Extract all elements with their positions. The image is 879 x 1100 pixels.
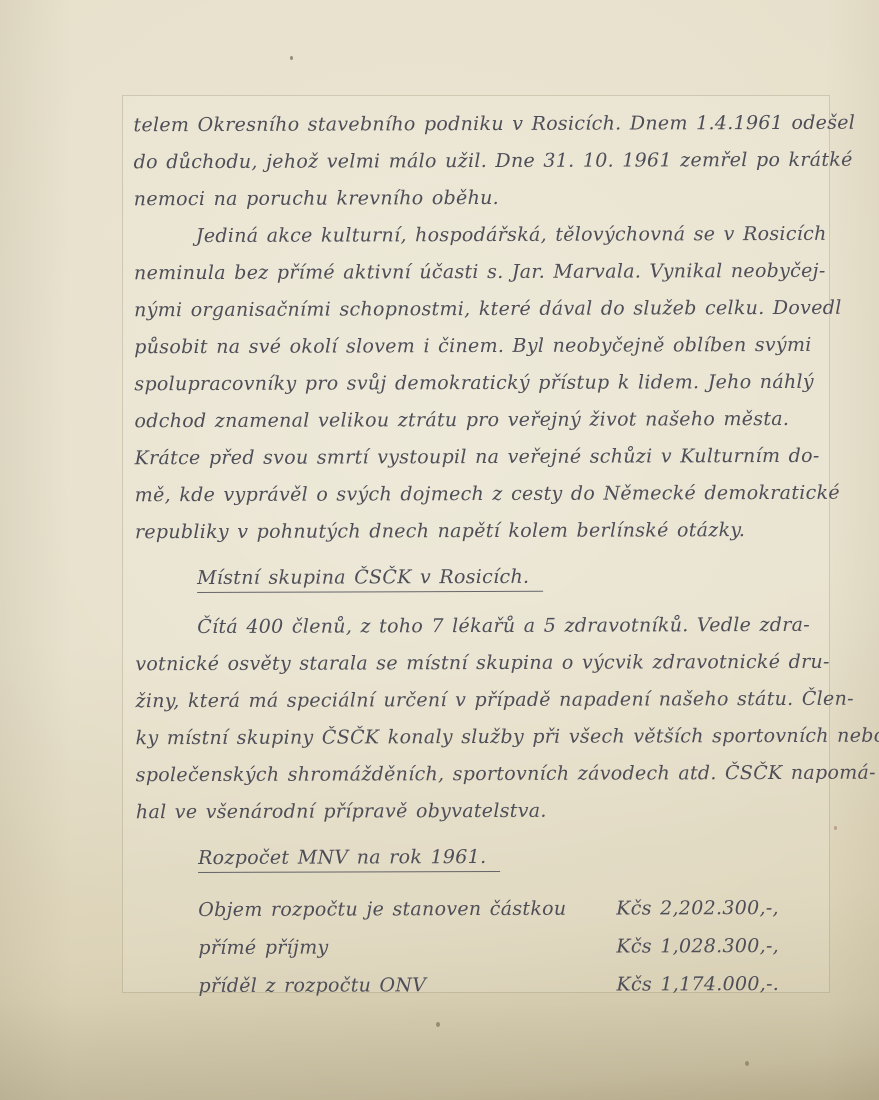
- paper-speck: [436, 1022, 440, 1027]
- handwritten-line: nemoci na poruchu krevního oběhu.: [134, 179, 834, 218]
- handwritten-line: žiny, která má speciální určení v případ…: [135, 681, 835, 720]
- chronicle-page: telem Okresního stavebního podniku v Ros…: [0, 0, 879, 1100]
- handwritten-line: odchod znamenal velikou ztrátu pro veřej…: [134, 401, 834, 440]
- handwritten-line: působit na své okolí slovem i činem. Byl…: [134, 327, 834, 366]
- handwritten-line: telem Okresního stavebního podniku v Ros…: [133, 105, 833, 144]
- handwritten-line: Krátce před svou smrtí vystoupil na veře…: [135, 438, 835, 477]
- budget-item-label: příděl z rozpočtu ONV: [136, 966, 598, 1006]
- budget-item-amount: Kčs 1,174.000,-.: [598, 965, 779, 1004]
- budget-row: přímé příjmy Kčs 1,028.300,-,: [136, 927, 836, 967]
- budget-row: příděl z rozpočtu ONV Kčs 1,174.000,-.: [136, 965, 836, 1005]
- heading-underlined-text: Místní skupina ČSČK v Rosicích.: [197, 566, 543, 593]
- handwritten-line: hal ve všenárodní přípravě obyvatelstva.: [136, 792, 836, 831]
- heading-underlined-text: Rozpočet MNV na rok 1961.: [198, 846, 500, 873]
- budget-item-amount: Kčs 2,202.300,-,: [598, 889, 779, 928]
- paper-speck: [745, 1061, 749, 1066]
- handwritten-line: republiky v pohnutých dnech napětí kolem…: [135, 512, 835, 551]
- budget-item-label: Objem rozpočtu je stanoven částkou: [136, 890, 598, 930]
- paragraph-red-cross-group: Čítá 400 členů, z toho 7 lékařů a 5 zdra…: [135, 607, 836, 831]
- handwritten-line: společenských shromážděních, sportovních…: [136, 755, 836, 794]
- handwritten-line: Jediná akce kulturní, hospodářská, tělov…: [134, 216, 834, 255]
- section-heading-budget: Rozpočet MNV na rok 1961.: [136, 838, 836, 877]
- budget-item-amount: Kčs 1,028.300,-,: [598, 927, 779, 966]
- handwritten-line: mě, kde vyprávěl o svých dojmech z cesty…: [135, 475, 835, 514]
- handwritten-line: spolupracovníky pro svůj demokratický př…: [134, 364, 834, 403]
- paragraph-director-death: telem Okresního stavebního podniku v Ros…: [133, 105, 833, 218]
- handwritten-line: nými organisačními schopnostmi, které dá…: [134, 290, 834, 329]
- handwritten-line: Čítá 400 členů, z toho 7 lékařů a 5 zdra…: [135, 607, 835, 646]
- budget-item-label: přímé příjmy: [136, 928, 598, 968]
- handwritten-line: ky místní skupiny ČSČK konaly služby při…: [136, 718, 836, 757]
- paper-speck: [290, 56, 293, 60]
- budget-table: Objem rozpočtu je stanoven částkou Kčs 2…: [136, 889, 836, 1005]
- handwritten-line: do důchodu, jehož velmi málo užil. Dne 3…: [134, 142, 834, 181]
- budget-row: Objem rozpočtu je stanoven částkou Kčs 2…: [136, 889, 836, 929]
- handwritten-line: votnické osvěty starala se místní skupin…: [135, 644, 835, 683]
- section-heading-red-cross: Místní skupina ČSČK v Rosicích.: [135, 558, 835, 597]
- handwritten-text-block: telem Okresního stavebního podniku v Ros…: [133, 105, 836, 1005]
- handwritten-line: neminula bez přímé aktivní účasti s. Jar…: [134, 253, 834, 292]
- paragraph-marval-tribute: Jediná akce kulturní, hospodářská, tělov…: [134, 216, 835, 551]
